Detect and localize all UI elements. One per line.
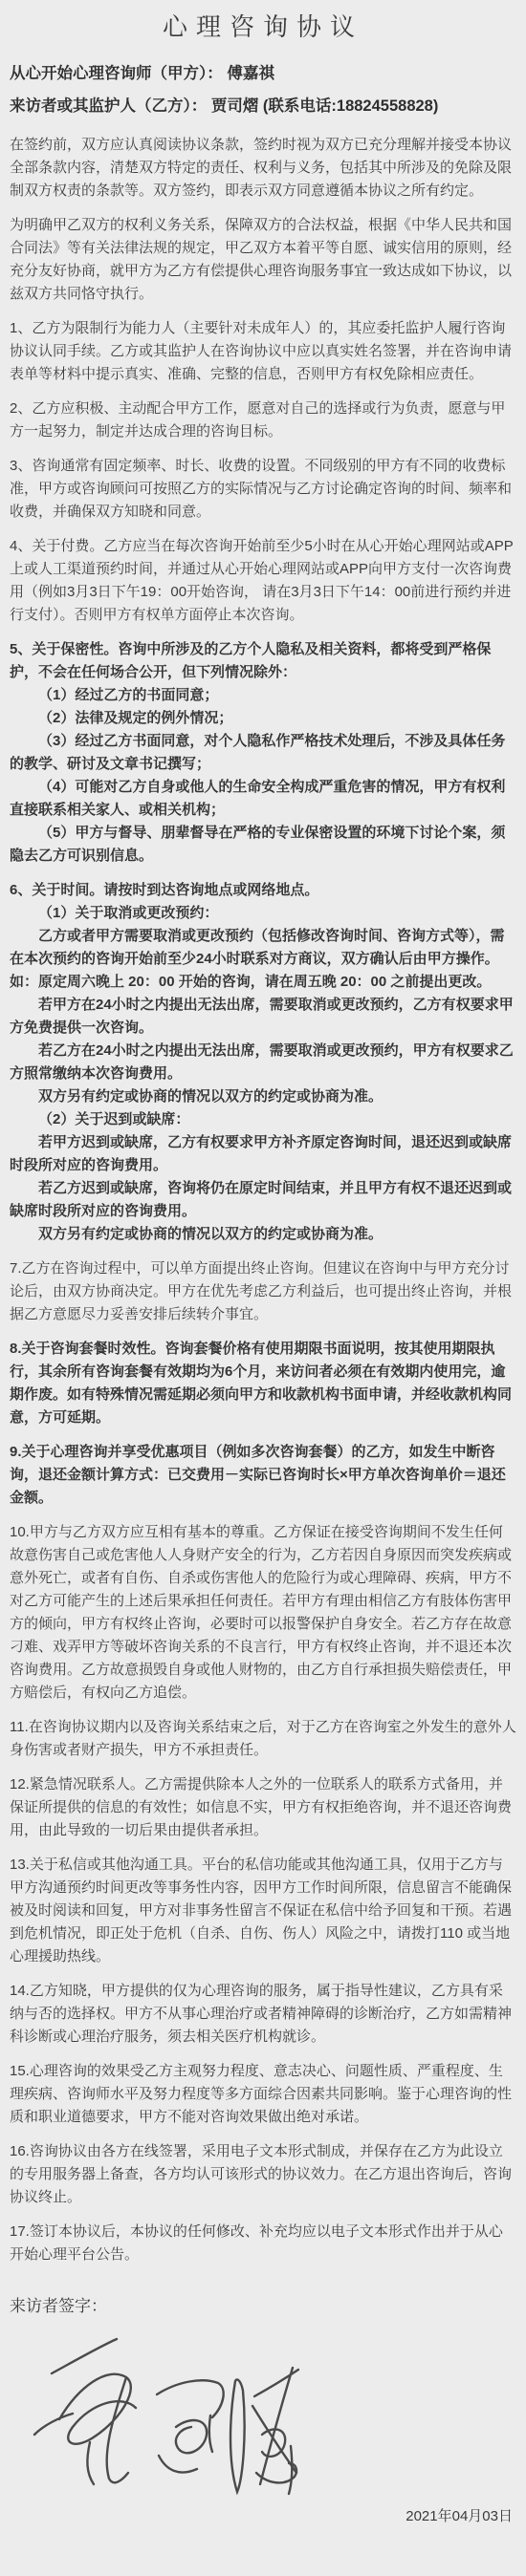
agreement-paragraph: 3、咨询通常有固定频率、时长、收费的设置。不同级别的甲方有不同的收费标准，甲方或… <box>10 455 516 524</box>
agreement-paragraph: 8.关于咨询套餐时效性。咨询套餐价格有使用期限书面说明，按其使用期限执行，其余所… <box>10 1338 516 1429</box>
agreement-paragraph: 双方另有约定或协商的情况以双方的约定或协商为准。 <box>10 1085 516 1108</box>
agreement-paragraph: 10.甲方与乙方双方应互相有基本的尊重。乙方保证在接受咨询期间不发生任何故意伤害… <box>10 1521 516 1705</box>
agreement-paragraph: 若乙方在24小时之内提出无法出席，需要取消或更改预约，甲方有权要求乙方照常缴纳本… <box>10 1040 516 1085</box>
party-b-line: 来访者或其监护人（乙方）： 贾司熠 (联系电话:18824558828) <box>10 90 516 122</box>
agreement-paragraph: 13.关于私信或其他沟通工具。平台的私信功能或其他沟通工具，仅用于乙方与甲方沟通… <box>10 1854 516 1968</box>
agreement-paragraph: （1）经过乙方的书面同意； <box>10 684 516 707</box>
agreement-paragraph: 若乙方迟到或缺席，咨询将仍在原定时间结束，并且甲方有权不退还迟到或缺席时段所对应… <box>10 1177 516 1223</box>
agreement-paragraph: 为明确甲乙双方的权利义务关系，保障双方的合法权益，根据《中华人民共和国合同法》等… <box>10 214 516 306</box>
agreement-paragraph: 12.紧急情况联系人。乙方需提供除本人之外的一位联系人的联系方式备用，并保证所提… <box>10 1773 516 1842</box>
party-a-line: 从心开始心理咨询师（甲方）： 傅嘉祺 <box>10 57 516 90</box>
agreement-paragraph: （1）关于取消或更改预约： <box>10 902 516 925</box>
signature-scribble-image <box>23 2328 300 2500</box>
visitor-signature <box>23 2328 516 2500</box>
agreement-paragraph: 乙方或者甲方需要取消或更改预约（包括修改咨询时间、咨询方式等），需在本次预约的咨… <box>10 925 516 994</box>
agreement-paragraph: 4、关于付费。乙方应当在每次咨询开始前至少5小时在从心开始心理网站或APP上或人… <box>10 535 516 627</box>
agreement-paragraph: 双方另有约定或协商的情况以双方的约定或协商为准。 <box>10 1223 516 1246</box>
agreement-paragraph: 6、关于时间。请按时到达咨询地点或网络地点。 <box>10 879 516 902</box>
agreement-paragraph: 15.心理咨询的效果受乙方主观努力程度、意志决心、问题性质、严重程度、生理疾病、… <box>10 2060 516 2129</box>
agreement-paragraph: （5）甲方与督导、朋辈督导在严格的专业保密设置的环境下讨论个案，须隐去乙方可识别… <box>10 822 516 868</box>
agreement-paragraph: 9.关于心理咨询并享受优惠项目（例如多次咨询套餐）的乙方，如发生中断咨询，退还金… <box>10 1441 516 1510</box>
agreement-document: 心理咨询协议 从心开始心理咨询师（甲方）： 傅嘉祺 来访者或其监护人（乙方）： … <box>0 0 526 2576</box>
agreement-paragraph: （2）法律及规定的例外情况； <box>10 707 516 730</box>
agreement-paragraph: （3）经过乙方书面同意，对个人隐私作严格技术处理后，不涉及具体任务的教学、研讨及… <box>10 730 516 776</box>
agreement-paragraph: 11.在咨询协议期内以及咨询关系结束之后，对于乙方在咨询室之外发生的意外人身伤害… <box>10 1716 516 1762</box>
agreement-paragraph: 16.咨询协议由各方在线签署，采用电子文本形式制成，并保存在乙方为此设立的专用服… <box>10 2140 516 2209</box>
parties-block: 从心开始心理咨询师（甲方）： 傅嘉祺 来访者或其监护人（乙方）： 贾司熠 (联系… <box>10 57 516 122</box>
agreement-paragraph: 7.乙方在咨询过程中，可以单方面提出终止咨询。但建议在咨询中与甲方充分讨论后，由… <box>10 1257 516 1326</box>
agreement-paragraph: （2）关于迟到或缺席： <box>10 1108 516 1131</box>
agreement-paragraph: 2、乙方应积极、主动配合甲方工作，愿意对自己的选择或行为负责，愿意与甲方一起努力… <box>10 397 516 443</box>
agreement-paragraph: 若甲方迟到或缺席，乙方有权要求甲方补齐原定咨询时间，退还迟到或缺席时段所对应的咨… <box>10 1131 516 1177</box>
agreement-paragraph: 1、乙方为限制行为能力人（主要针对未成年人）的，其应委托监护人履行咨询协议认同手… <box>10 317 516 386</box>
visitor-signature-label: 来访者签字： <box>10 2295 516 2318</box>
agreement-paragraph: 若甲方在24小时之内提出无法出席，需要取消或更改预约，乙方有权要求甲方免费提供一… <box>10 994 516 1040</box>
page-title: 心理咨询协议 <box>10 15 516 38</box>
agreement-paragraph: 5、关于保密性。咨询中所涉及的乙方个人隐私及相关资料，都将受到严格保护，不会在任… <box>10 638 516 684</box>
agreement-paragraph: 17.签订本协议后，本协议的任何修改、补充均应以电子文本形式作出并于从心开始心理… <box>10 2221 516 2266</box>
signing-date: 2021年04月03日 <box>10 2505 516 2528</box>
agreement-paragraph: 在签约前，双方应认真阅读协议条款，签约时视为双方已充分理解并接受本协议全部条款内… <box>10 134 516 203</box>
agreement-paragraphs: 在签约前，双方应认真阅读协议条款，签约时视为双方已充分理解并接受本协议全部条款内… <box>10 134 516 2266</box>
agreement-paragraph: 14.乙方知晓，甲方提供的仅为心理咨询的服务，属于指导性建议，乙方具有采纳与否的… <box>10 1980 516 2049</box>
agreement-paragraph: （4）可能对乙方自身或他人的生命安全构成严重危害的情况，甲方有权利直接联系相关家… <box>10 776 516 822</box>
